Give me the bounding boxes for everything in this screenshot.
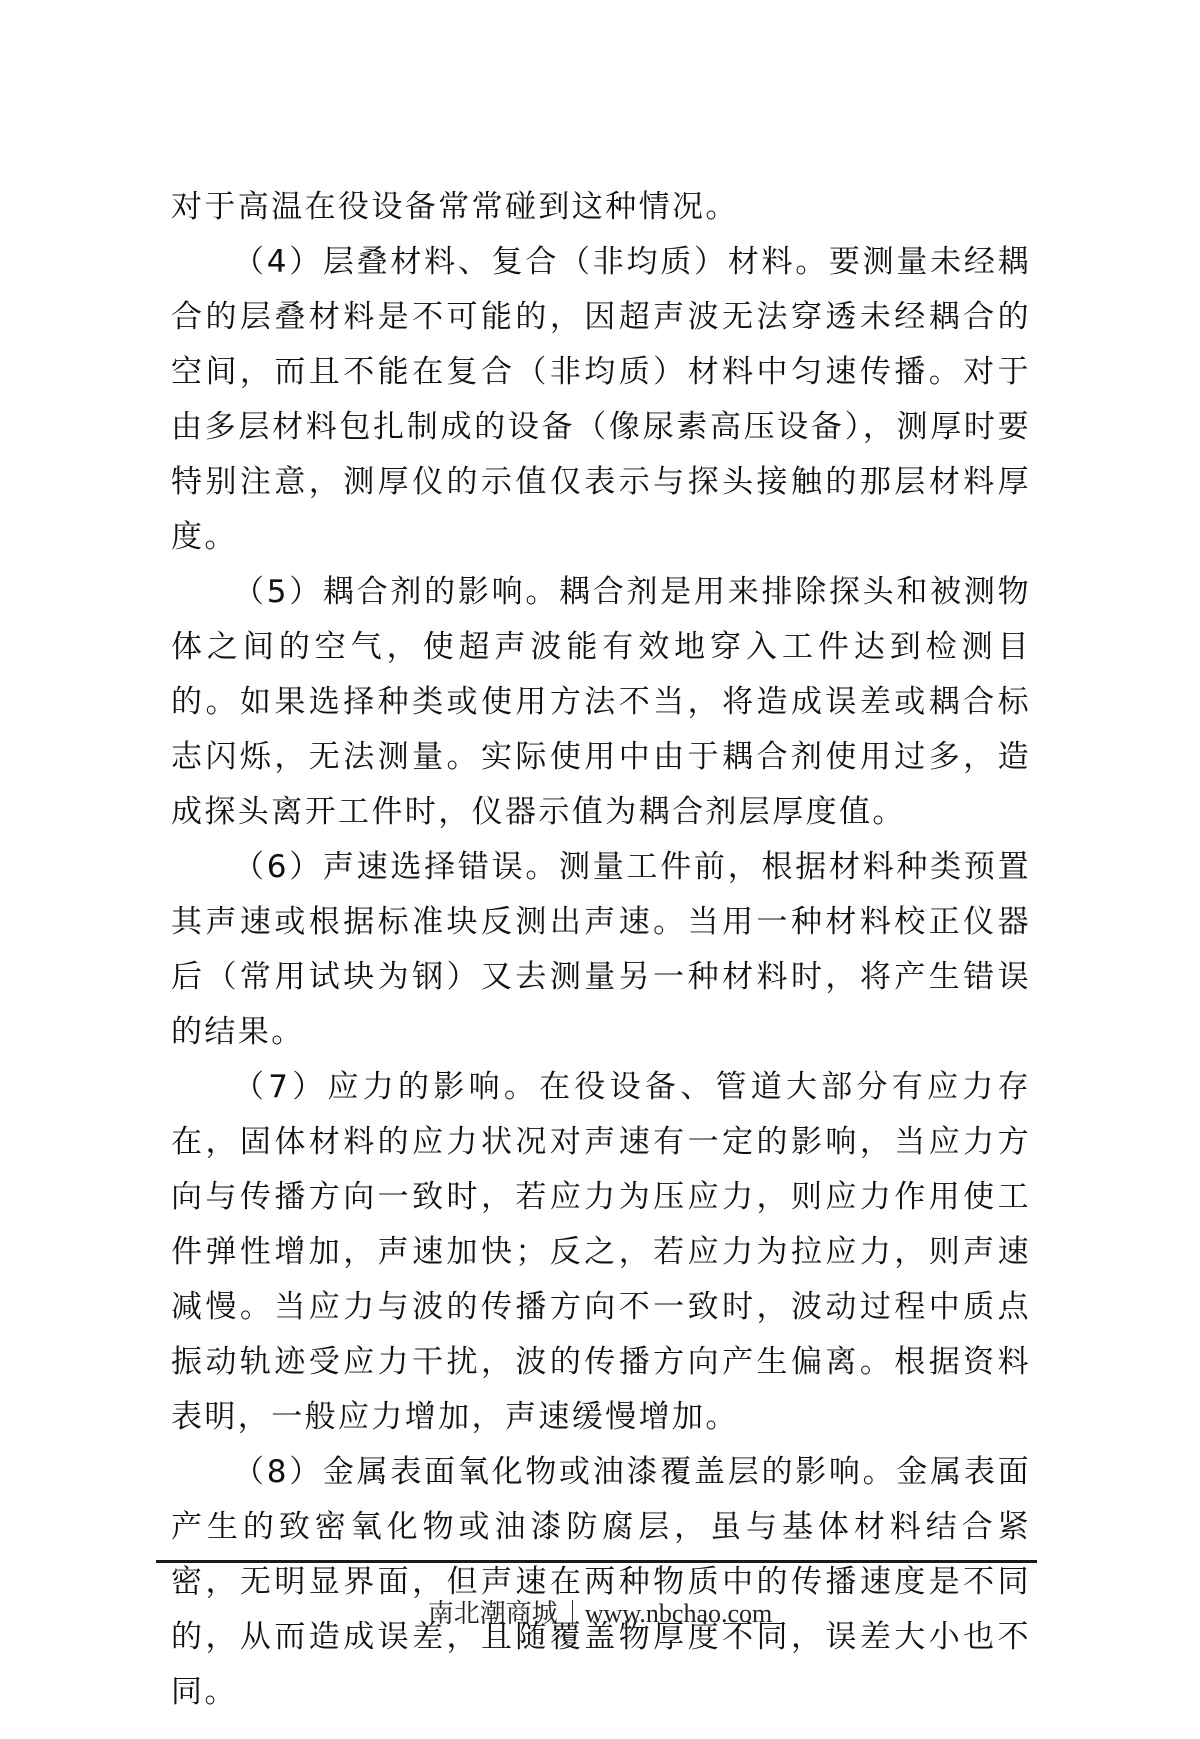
page-footer: 南北潮商城www.nbchao.com (0, 1593, 1200, 1630)
paragraph-item-8: （8）金属表面氧化物或油漆覆盖层的影响。金属表面产生的致密氧化物或油漆防腐层，虽… (171, 1445, 1031, 1720)
footer-divider (156, 1560, 1037, 1563)
footer-url-link[interactable]: www.nbchao.com (585, 1599, 772, 1628)
footer-site-name: 南北潮商城 (428, 1599, 558, 1628)
paragraph-item-7: （7）应力的影响。在役设备、管道大部分有应力存在，固体材料的应力状况对声速有一定… (171, 1060, 1031, 1445)
document-body: 对于高温在役设备常常碰到这种情况。 （4）层叠材料、复合（非均质）材料。要测量未… (171, 180, 1031, 1720)
footer-separator (572, 1600, 573, 1626)
paragraph-item-5: （5）耦合剂的影响。耦合剂是用来排除探头和被测物体之间的空气，使超声波能有效地穿… (171, 565, 1031, 840)
paragraph-item-6: （6）声速选择错误。测量工件前，根据材料种类预置其声速或根据标准块反测出声速。当… (171, 840, 1031, 1060)
paragraph-continuation: 对于高温在役设备常常碰到这种情况。 (171, 180, 1031, 235)
paragraph-item-4: （4）层叠材料、复合（非均质）材料。要测量未经耦合的层叠材料是不可能的，因超声波… (171, 235, 1031, 565)
document-page: 对于高温在役设备常常碰到这种情况。 （4）层叠材料、复合（非均质）材料。要测量未… (0, 0, 1200, 1739)
